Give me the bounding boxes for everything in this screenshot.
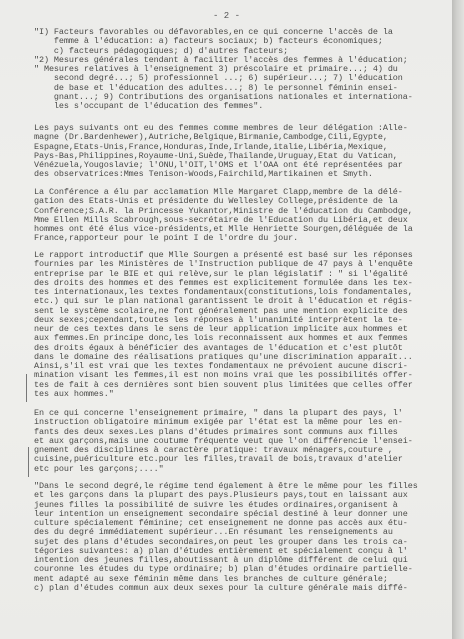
delegation-members-paragraph: Les pays suivants ont eu des femmes comm… — [34, 124, 408, 180]
text-line: des observatrices:Mmes Tenison-Woods,Fai… — [34, 170, 408, 179]
introductory-report-paragraph: Le rapport introductif que Mlle Sourgen … — [34, 251, 413, 399]
conference-officers-paragraph: La Conférence a élu par acclamation Mlle… — [34, 188, 413, 244]
text-line: c) plan d'études commun aux deux sexes p… — [34, 584, 418, 593]
page-edge-shadow — [452, 0, 464, 639]
document-page: - 2 - "I) Facteurs favorables ou défavor… — [0, 0, 452, 639]
text-line: etc pour les garçons;...." — [34, 465, 413, 474]
text-line: France,rapporteur pour le point I de l'o… — [34, 234, 413, 243]
text-line: les s'occupant de l'éducation des femmes… — [34, 102, 413, 111]
margin-annotation-line — [28, 447, 29, 477]
margin-annotation-line — [26, 374, 27, 402]
secondary-education-paragraph: "Dans le second degré,le régime tend éga… — [34, 482, 418, 593]
text-line: tes aux hommes." — [34, 390, 413, 399]
primary-education-paragraph: En ce qui concerne l'enseignement primai… — [34, 409, 413, 474]
page-number: - 2 - — [213, 11, 240, 21]
agenda-items-paragraph: "I) Facteurs favorables ou défavorables,… — [34, 28, 413, 111]
